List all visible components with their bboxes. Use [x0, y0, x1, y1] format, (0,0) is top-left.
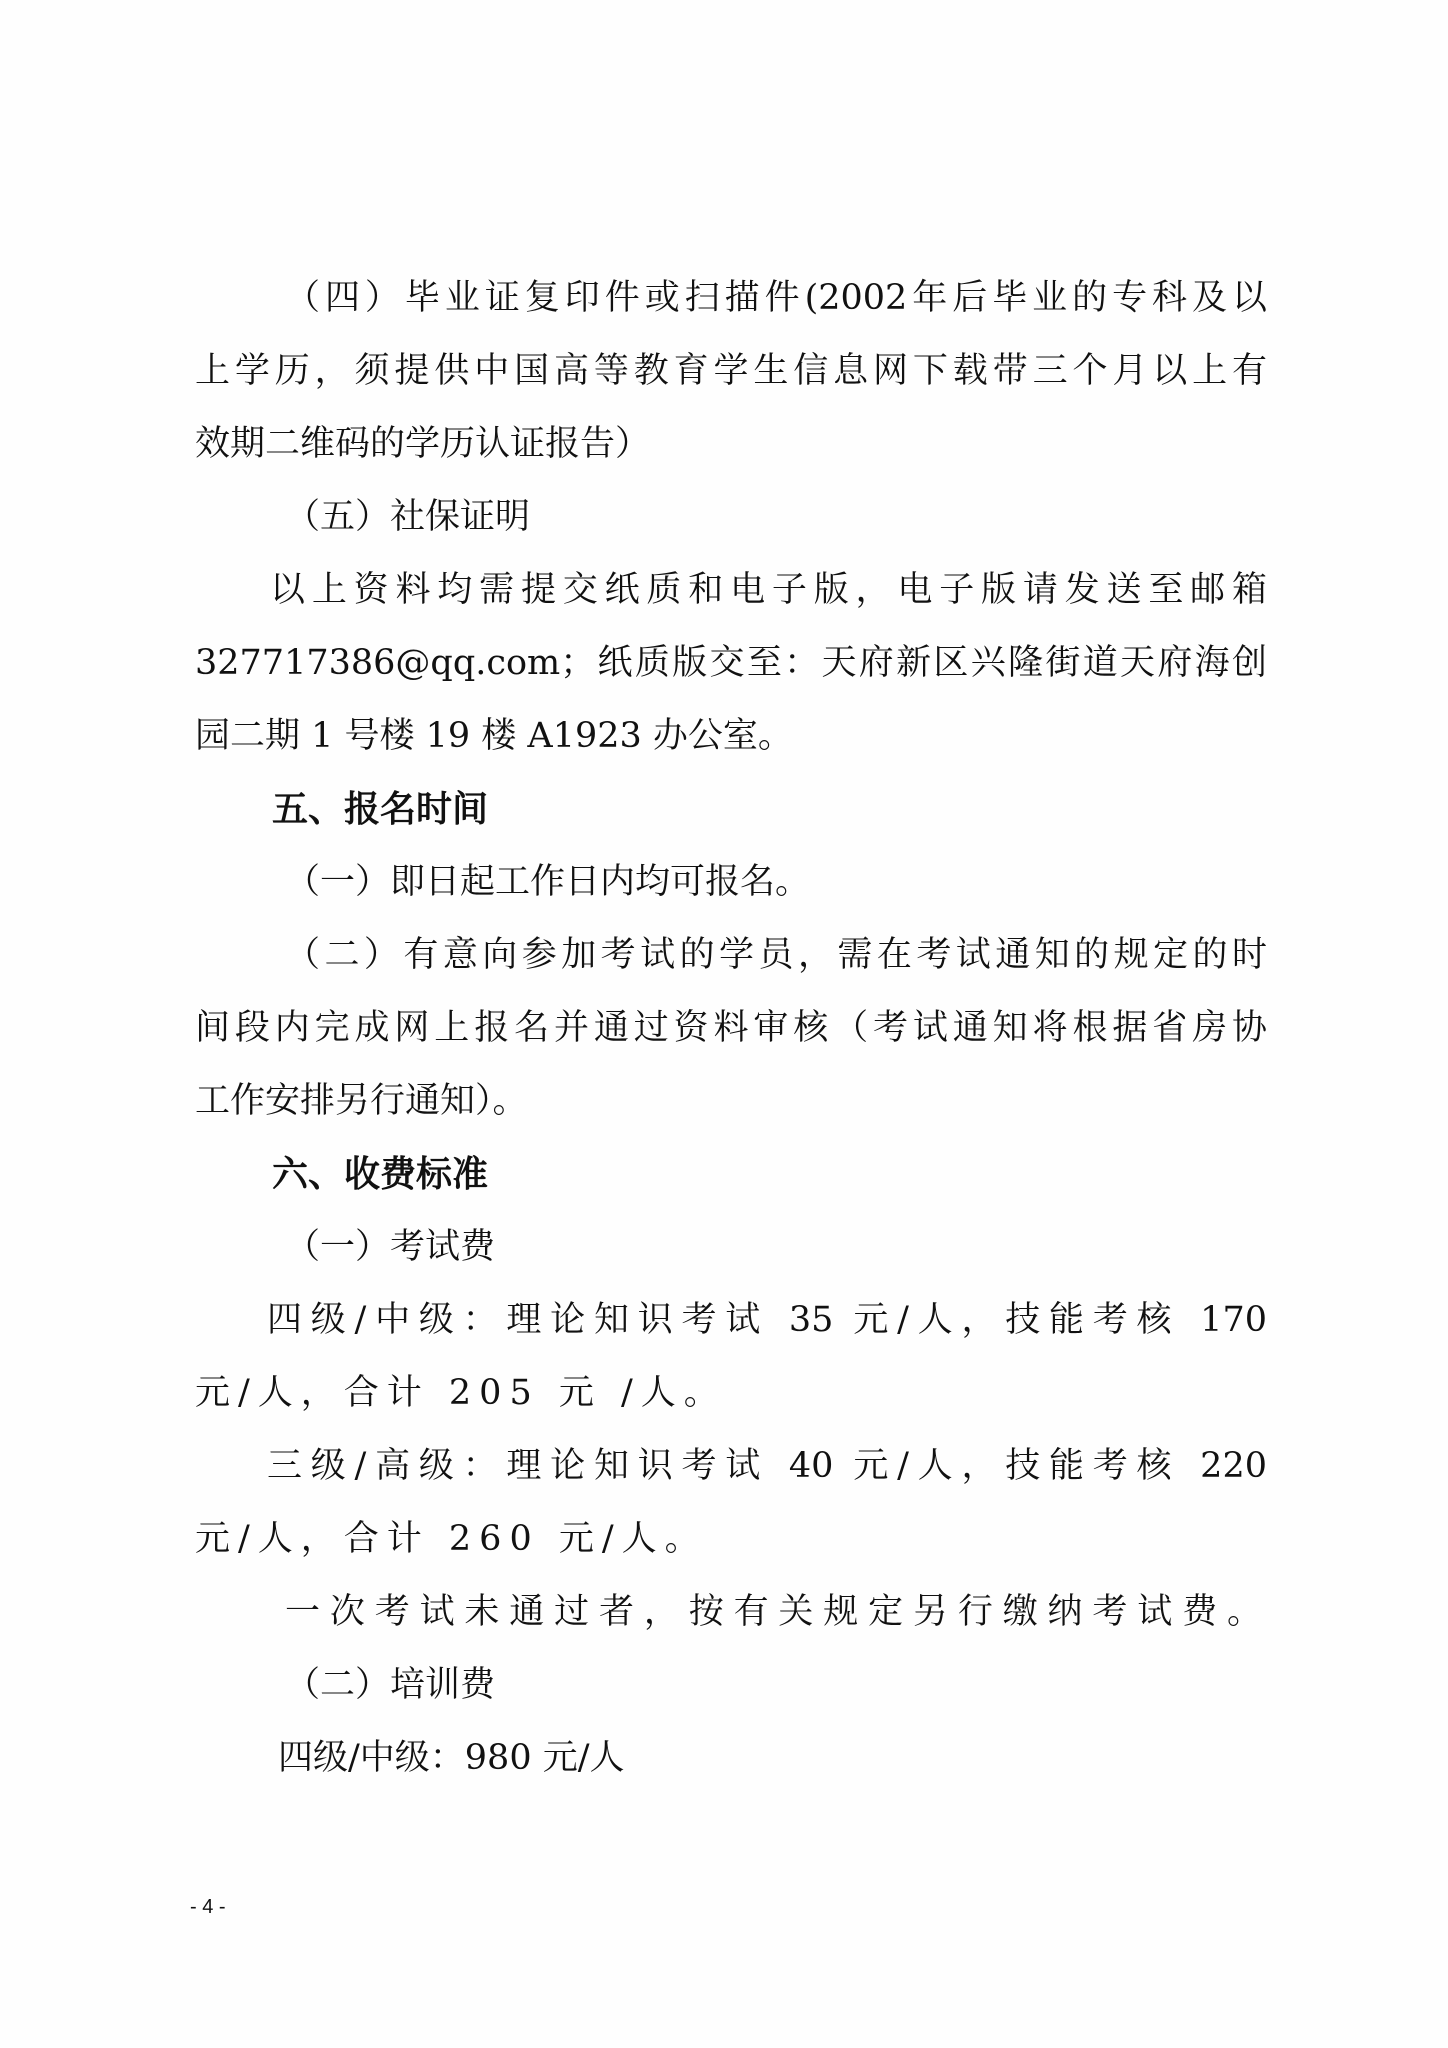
- document-page: （四）毕业证复印件或扫描件(2002年后毕业的专科及以 上学历，须提供中国高等教…: [0, 0, 1448, 2048]
- submission-note-line-3: 园二期 1 号楼 19 楼 A1923 办公室。: [195, 700, 1267, 773]
- paragraph-item-4-line-1: （四）毕业证复印件或扫描件(2002年后毕业的专科及以: [285, 262, 1267, 335]
- fee-subheading-exam: （一）考试费: [285, 1211, 1357, 1284]
- submission-note-line-1: 以上资料均需提交纸质和电子版，电子版请发送至邮箱: [270, 554, 1267, 627]
- page-number: - 4 -: [190, 1896, 226, 1919]
- exam-fee-level4-line-1: 四级/中级：理论知识考试 35 元/人，技能考核 170: [267, 1284, 1267, 1357]
- section-heading-registration-time: 五、报名时间: [272, 773, 1344, 846]
- exam-fee-level3-line-1: 三级/高级：理论知识考试 40 元/人，技能考核 220: [267, 1430, 1267, 1503]
- registration-item-2-line-2: 间段内完成网上报名并通过资料审核（考试通知将根据省房协: [195, 992, 1267, 1065]
- section-heading-fee-standard: 六、收费标准: [272, 1138, 1344, 1211]
- paragraph-item-5: （五）社保证明: [285, 481, 1357, 554]
- registration-item-2-line-3: 工作安排另行通知）。: [195, 1065, 1267, 1138]
- registration-item-2-line-1: （二）有意向参加考试的学员，需在考试通知的规定的时: [285, 919, 1267, 992]
- exam-fee-level4-line-2: 元/人，合计 205 元 /人。: [195, 1357, 1267, 1430]
- exam-retake-note: 一次考试未通过者，按有关规定另行缴纳考试费。: [285, 1576, 1262, 1649]
- submission-note-line-2: 327717386@qq.com；纸质版交至：天府新区兴隆街道天府海创: [195, 627, 1267, 700]
- paragraph-item-4-line-2: 上学历，须提供中国高等教育学生信息网下载带三个月以上有: [195, 335, 1267, 408]
- fee-subheading-training: （二）培训费: [285, 1649, 1357, 1722]
- paragraph-item-4-line-3: 效期二维码的学历认证报告）: [195, 408, 1267, 481]
- registration-item-1: （一）即日起工作日内均可报名。: [285, 846, 1357, 919]
- exam-fee-level3-line-2: 元/人，合计 260 元/人。: [195, 1503, 1267, 1576]
- training-fee-level4: 四级/中级：980 元/人: [278, 1722, 1350, 1795]
